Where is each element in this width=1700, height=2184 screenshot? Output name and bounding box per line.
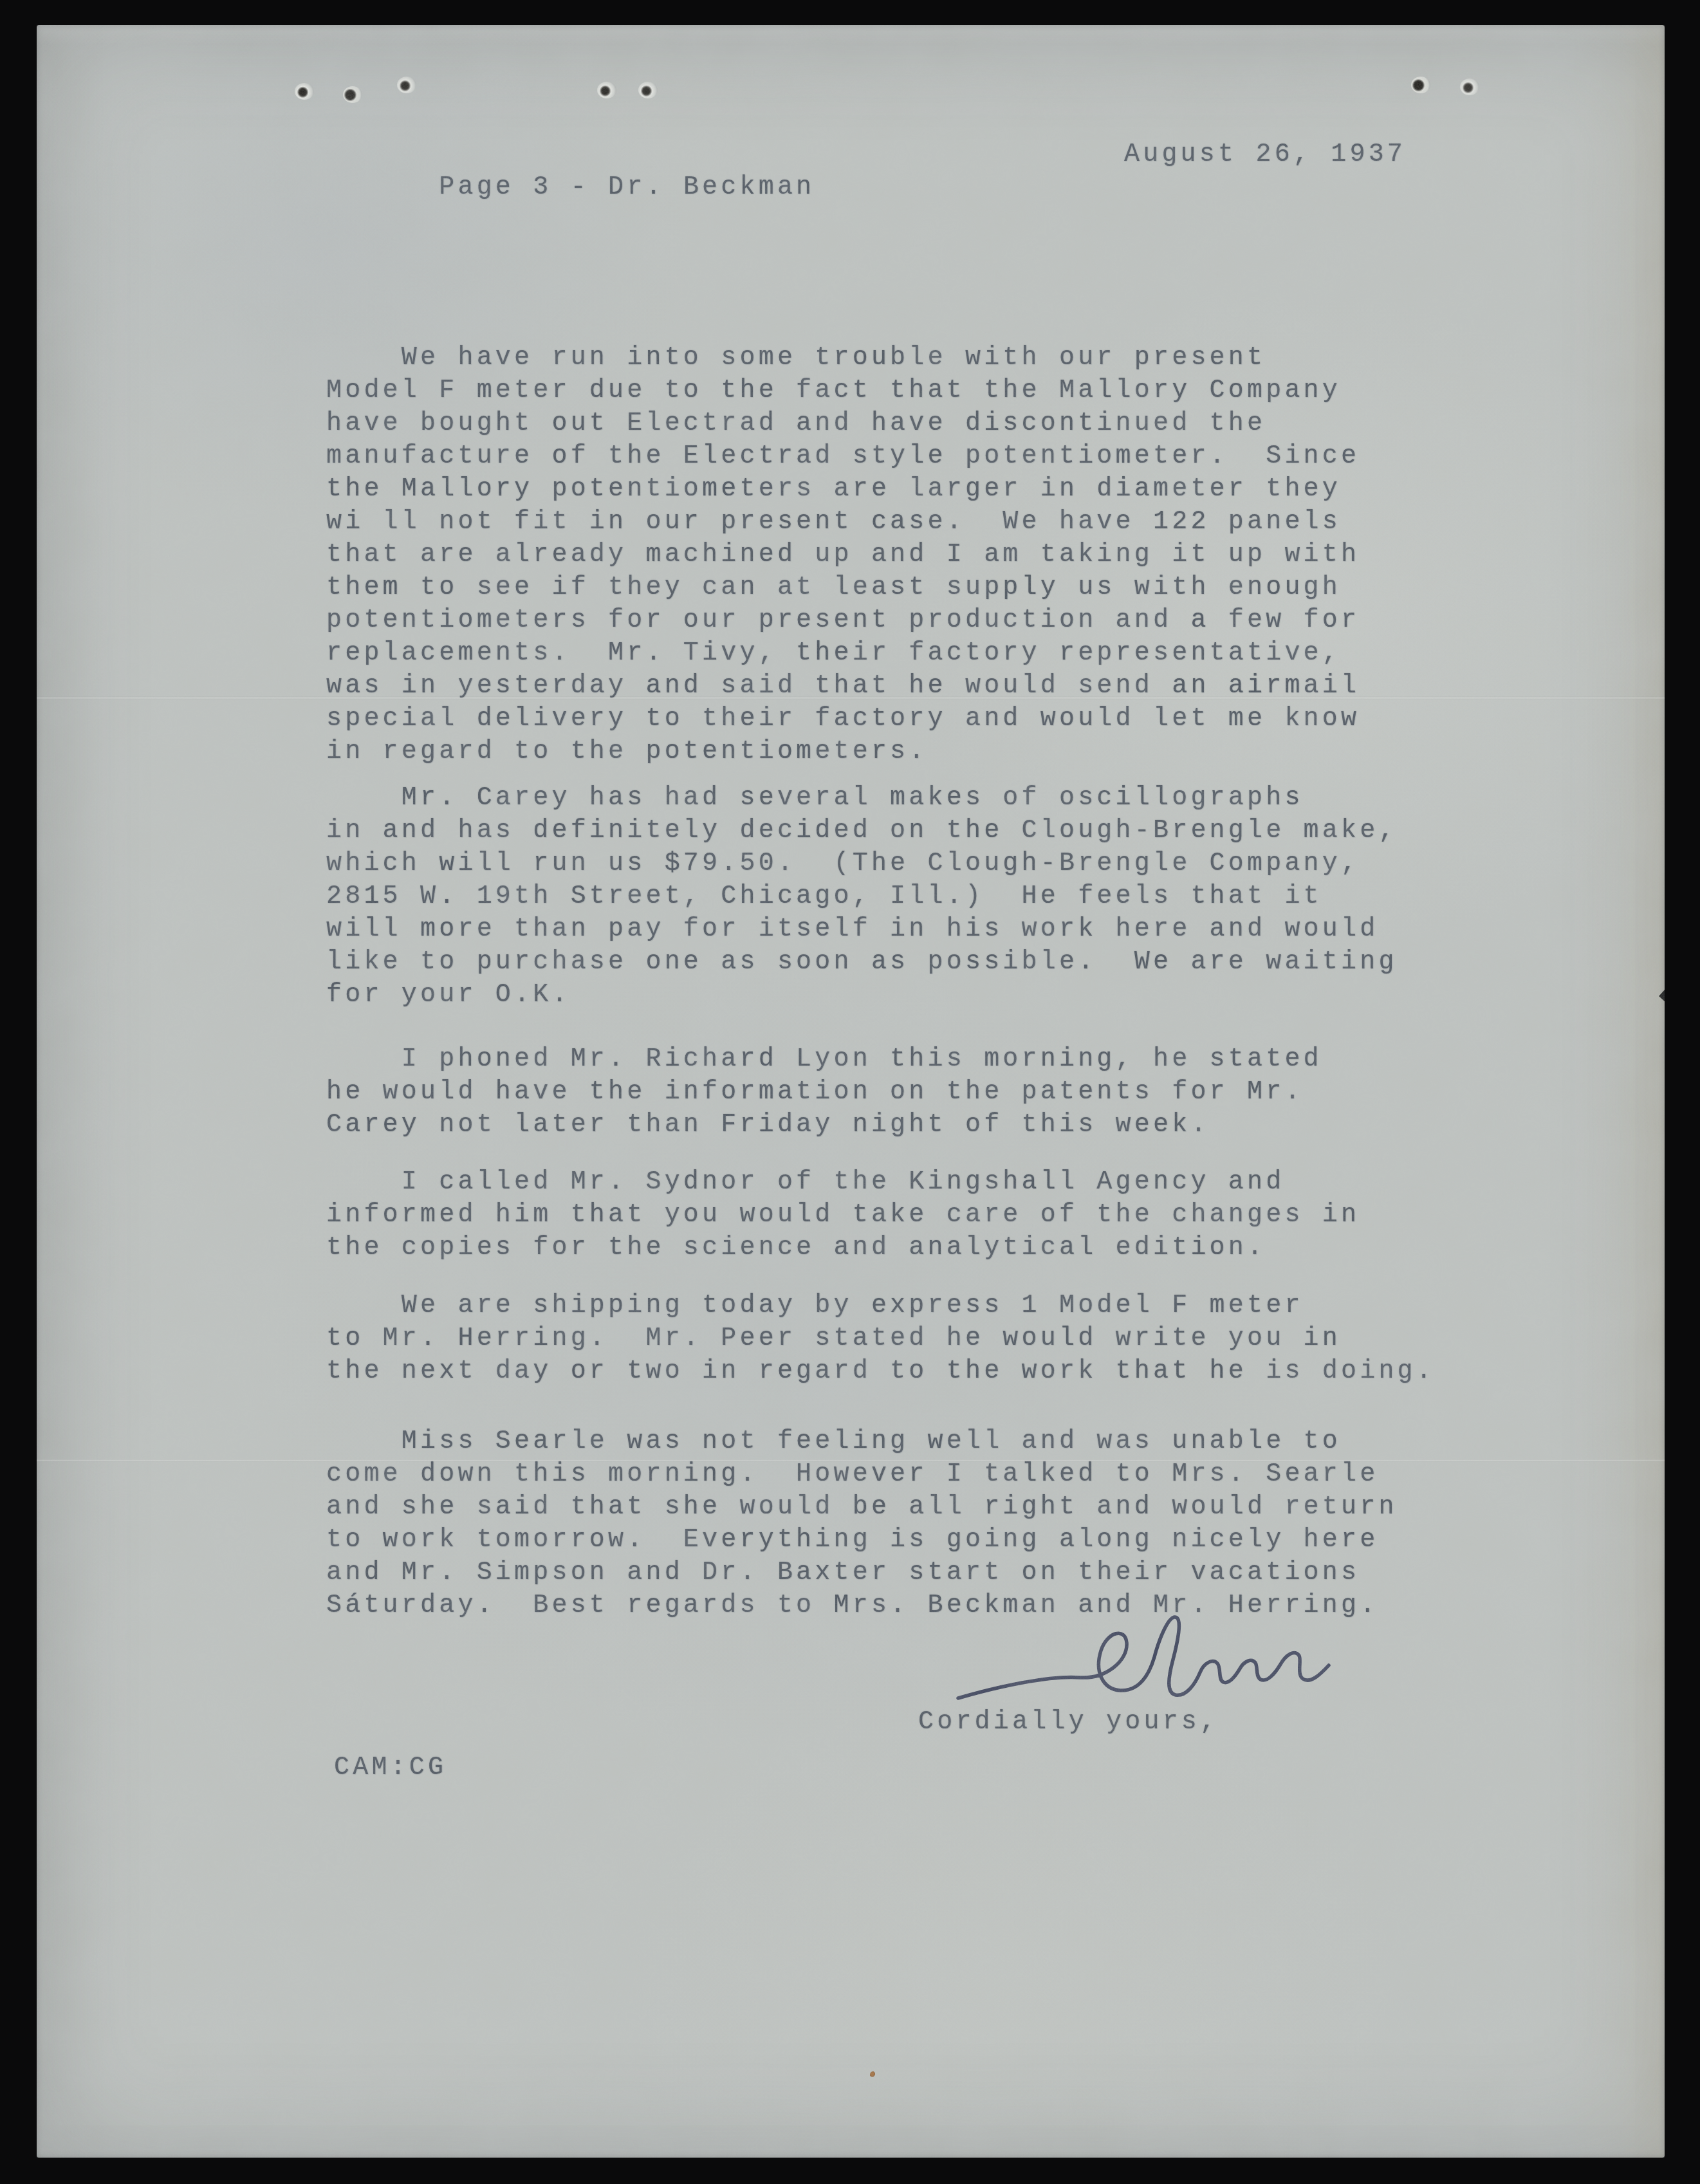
pinhole-mark bbox=[295, 83, 314, 100]
pinhole-mark bbox=[397, 77, 416, 93]
letter-page: Page 3 - Dr. Beckman August 26, 1937 We … bbox=[37, 25, 1665, 2158]
page-header-label: Page 3 - Dr. Beckman bbox=[439, 173, 815, 202]
paragraph: We have run into some trouble with our p… bbox=[326, 342, 1587, 768]
paragraph: Miss Searle was not feeling well and was… bbox=[326, 1425, 1587, 1622]
rust-speck bbox=[870, 2071, 875, 2077]
letter-text: We have run into some trouble with our p… bbox=[326, 276, 1587, 1804]
letter-body: We have run into some trouble with our p… bbox=[326, 342, 1587, 1622]
pinhole-mark bbox=[638, 82, 658, 98]
pinhole-mark bbox=[343, 86, 362, 103]
paragraph: We are shipping today by express 1 Model… bbox=[326, 1290, 1587, 1388]
scan-background: Page 3 - Dr. Beckman August 26, 1937 We … bbox=[0, 0, 1700, 2184]
pinhole-mark bbox=[1460, 79, 1479, 95]
letter-header: Page 3 - Dr. Beckman August 26, 1937 bbox=[326, 138, 1562, 172]
signature-image bbox=[953, 1603, 1339, 1738]
typist-initials: CAM:CG bbox=[334, 1752, 447, 1784]
edge-tear-notch bbox=[1658, 989, 1665, 1002]
signature-stroke bbox=[958, 1617, 1329, 1698]
letter-date: August 26, 1937 bbox=[1124, 138, 1406, 171]
paragraph: Mr. Carey has had several makes of oscil… bbox=[326, 782, 1587, 1012]
paragraph: I called Mr. Sydnor of the Kingshall Age… bbox=[326, 1166, 1587, 1264]
pinhole-mark bbox=[597, 82, 616, 98]
paragraph: I phoned Mr. Richard Lyon this morning, … bbox=[326, 1043, 1587, 1142]
pinhole-mark bbox=[1411, 77, 1430, 93]
